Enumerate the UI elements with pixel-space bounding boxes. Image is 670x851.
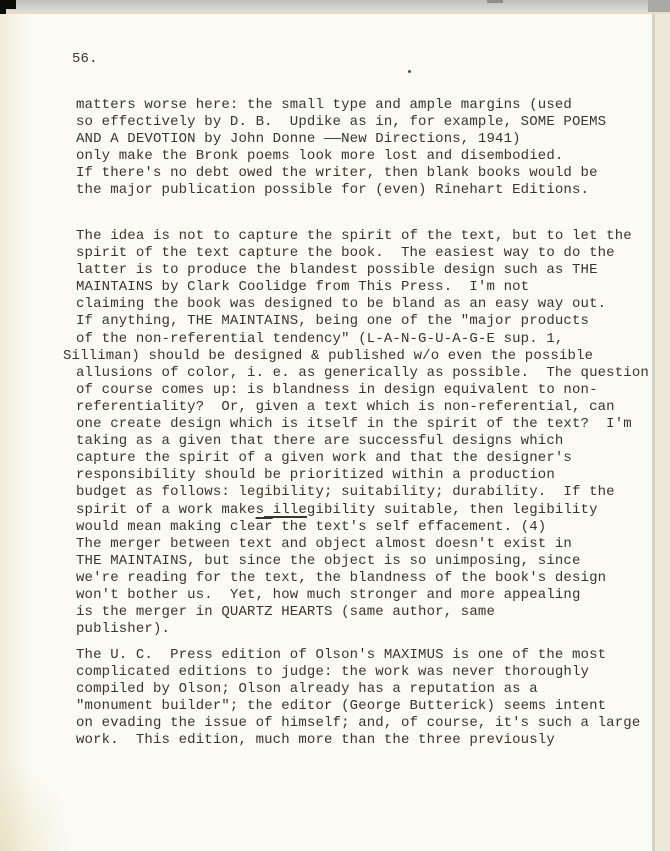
text-line: compiled by Olson; Olson already has a r… [76, 681, 640, 698]
page-number: 56. [72, 51, 98, 67]
text-segment: would mean making cle [76, 519, 256, 535]
text-line: publisher). [76, 621, 649, 638]
paragraph-2: The idea is not to capture the spirit of… [76, 228, 649, 638]
text-segment: spirit of a work makes [76, 502, 264, 518]
underlined-text-segment: ille [264, 502, 307, 518]
text-line-with-overline: would mean making clear the text's self … [76, 519, 649, 536]
text-line: of the non-referential tendency" (L-A-N-… [76, 331, 649, 348]
scan-edge-smudge [487, 0, 503, 3]
text-line: budget as follows: legibility; suitabili… [76, 484, 649, 501]
text-line: latter is to produce the blandest possib… [76, 262, 649, 279]
text-segment: gibility suitable, then legibility [307, 502, 598, 518]
text-line: "monument builder"; the editor (George B… [76, 698, 640, 715]
text-line: one create design which is itself in the… [76, 416, 649, 433]
text-segment: the text's self effacement. (4) [273, 519, 547, 535]
stray-ink-mark [408, 70, 411, 73]
text-line: only make the Bronk poems look more lost… [76, 148, 606, 165]
text-line: The U. C. Press edition of Olson's MAXIM… [76, 647, 640, 664]
scan-top-band [0, 0, 670, 14]
text-line: MAINTAINS by Clark Coolidge from This Pr… [76, 279, 649, 296]
text-line: work. This edition, much more than the t… [76, 732, 640, 749]
text-line: spirit of the text capture the book. The… [76, 245, 649, 262]
text-line: complicated editions to judge: the work … [76, 664, 640, 681]
text-line: on evading the issue of himself; and, of… [76, 715, 640, 732]
text-line: The idea is not to capture the spirit of… [76, 228, 649, 245]
text-line: is the merger in QUARTZ HEARTS (same aut… [76, 604, 649, 621]
bottom-left-shading [0, 761, 70, 851]
text-line: so effectively by D. B. Updike as in, fo… [76, 114, 606, 131]
page-gutter-shading [0, 0, 30, 851]
text-line-with-underline: spirit of a work makes illegibility suit… [76, 502, 649, 519]
text-line: of course comes up: is blandness in desi… [76, 382, 649, 399]
text-line: If anything, THE MAINTAINS, being one of… [76, 313, 649, 330]
text-line: we're reading for the text, the blandnes… [76, 570, 649, 587]
text-line: AND A DEVOTION by John Donne ——New Direc… [76, 131, 606, 148]
paragraph-3: The U. C. Press edition of Olson's MAXIM… [76, 647, 640, 750]
scan-corner-mark [0, 0, 6, 14]
scan-top-right-shadow [648, 0, 670, 12]
text-line: responsibility should be prioritized wit… [76, 467, 649, 484]
text-line: taking as a given that there are success… [76, 433, 649, 450]
text-line-outdented: Silliman) should be designed & published… [63, 348, 649, 365]
text-line: matters worse here: the small type and a… [76, 97, 606, 114]
text-line: If there's no debt owed the writer, then… [76, 165, 606, 182]
book-edge-strip [652, 0, 670, 851]
text-line: won't bother us. Yet, how much stronger … [76, 587, 649, 604]
text-line: referentiality? Or, given a text which i… [76, 399, 649, 416]
text-line: THE MAINTAINS, but since the object is s… [76, 553, 649, 570]
overlined-text-segment: ar [256, 519, 273, 535]
text-line: the major publication possible for (even… [76, 182, 606, 199]
text-line: claiming the book was designed to be bla… [76, 296, 649, 313]
scanned-book-page: 56. matters worse here: the small type a… [0, 0, 670, 851]
paragraph-1: matters worse here: the small type and a… [76, 97, 606, 200]
text-line: capture the spirit of a given work and t… [76, 450, 649, 467]
text-line: The merger between text and object almos… [76, 536, 649, 553]
text-line: allusions of color, i. e. as generically… [76, 365, 649, 382]
